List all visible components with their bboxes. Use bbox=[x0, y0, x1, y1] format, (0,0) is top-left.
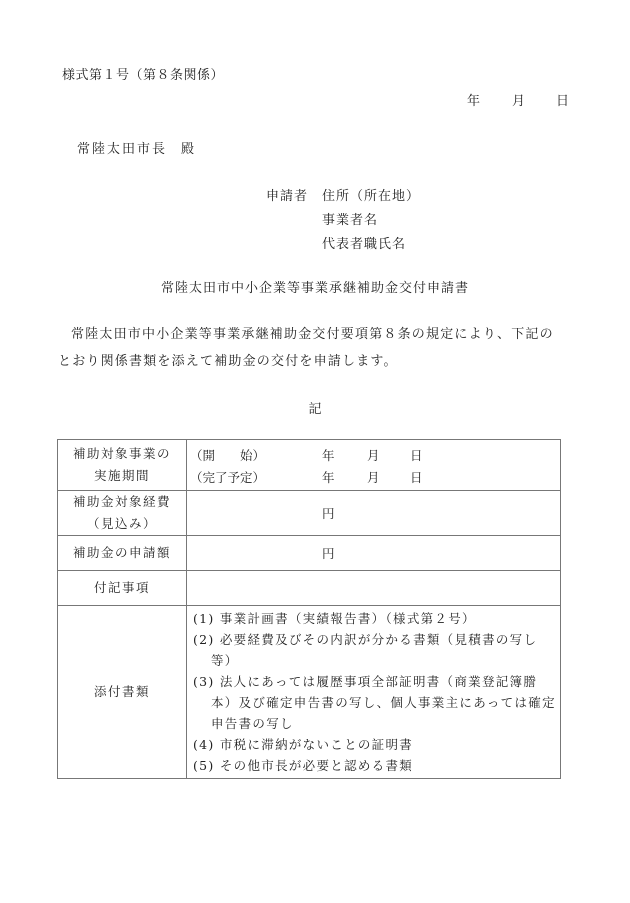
start-year: 年 bbox=[322, 446, 335, 464]
period-end: （完了予定） 年 月 日 bbox=[187, 465, 560, 487]
expense-unit: 円 bbox=[322, 504, 335, 522]
period-start: （開 始） 年 月 日 bbox=[187, 443, 560, 465]
request-label: 補助金の申請額 bbox=[58, 536, 187, 571]
attachments-value: (1) 事業計画書（実績報告書）（様式第２号） (2) 必要経費及びその内訳が分… bbox=[187, 606, 561, 779]
end-label: （完了予定） bbox=[190, 468, 265, 486]
notes-value[interactable] bbox=[187, 571, 561, 606]
period-label: 補助対象事業の 実施期間 bbox=[58, 440, 187, 491]
attachment-item: (1) 事業計画書（実績報告書）（様式第２号） bbox=[193, 608, 556, 629]
attachment-item: (5) その他市長が必要と認める書類 bbox=[193, 755, 556, 776]
attachment-item: (3) 法人にあっては履歴事項全部証明書（商業登記簿謄本）及び確定申告書の写し、… bbox=[193, 671, 556, 734]
period-label-line2: 実施期間 bbox=[58, 465, 186, 487]
applicant-business-name: 事業者名 bbox=[322, 209, 378, 228]
body-line-2: とおり関係書類を添えて補助金の交付を申請します。 bbox=[58, 348, 578, 375]
addressee-honorific: 殿 bbox=[181, 142, 196, 157]
end-month: 月 bbox=[367, 468, 380, 486]
start-label: （開 始） bbox=[190, 446, 265, 464]
date-month: 月 bbox=[512, 90, 525, 109]
ki-heading: 記 bbox=[0, 398, 630, 417]
attachments-list: (1) 事業計画書（実績報告書）（様式第２号） (2) 必要経費及びその内訳が分… bbox=[187, 606, 560, 778]
expense-label: 補助金対象経費 （見込み） bbox=[58, 491, 187, 536]
table-row-request: 補助金の申請額 円 bbox=[58, 536, 561, 571]
period-label-line1: 補助対象事業の bbox=[58, 443, 186, 465]
applicant-label: 申請者 bbox=[266, 185, 308, 204]
applicant-address: 住所（所在地） bbox=[322, 185, 420, 204]
end-day: 日 bbox=[410, 468, 423, 486]
end-year: 年 bbox=[322, 468, 335, 486]
request-value[interactable]: 円 bbox=[187, 536, 561, 571]
applicant-representative: 代表者職氏名 bbox=[322, 233, 406, 252]
date-year: 年 bbox=[467, 90, 480, 109]
document-title: 常陸太田市中小企業等事業承継補助金交付申請書 bbox=[0, 277, 630, 296]
start-day: 日 bbox=[410, 446, 423, 464]
table-row-attachments: 添付書類 (1) 事業計画書（実績報告書）（様式第２号） (2) 必要経費及びそ… bbox=[58, 606, 561, 779]
notes-label: 付記事項 bbox=[58, 571, 187, 606]
start-month: 月 bbox=[367, 446, 380, 464]
table-row-notes: 付記事項 bbox=[58, 571, 561, 606]
application-table: 補助対象事業の 実施期間 （開 始） 年 月 日 （完了予定） 年 月 日 補助… bbox=[57, 439, 561, 779]
request-unit: 円 bbox=[322, 544, 335, 562]
body-line-1: 常陸太田市中小企業等事業承継補助金交付要項第８条の規定により、下記の bbox=[58, 321, 578, 348]
date-day: 日 bbox=[556, 90, 569, 109]
addressee: 常陸太田市長殿 bbox=[77, 138, 196, 157]
expense-label-line2: （見込み） bbox=[58, 513, 186, 535]
attachments-label: 添付書類 bbox=[58, 606, 187, 779]
attachment-item: (2) 必要経費及びその内訳が分かる書類（見積書の写し等） bbox=[193, 629, 556, 671]
table-row-period: 補助対象事業の 実施期間 （開 始） 年 月 日 （完了予定） 年 月 日 bbox=[58, 440, 561, 491]
addressee-name: 常陸太田市長 bbox=[77, 142, 167, 157]
expense-label-line1: 補助金対象経費 bbox=[58, 491, 186, 513]
expense-value[interactable]: 円 bbox=[187, 491, 561, 536]
period-value[interactable]: （開 始） 年 月 日 （完了予定） 年 月 日 bbox=[187, 440, 561, 491]
table-row-expense: 補助金対象経費 （見込み） 円 bbox=[58, 491, 561, 536]
form-id: 様式第１号（第８条関係） bbox=[62, 64, 224, 83]
attachment-item: (4) 市税に滞納がないことの証明書 bbox=[193, 734, 556, 755]
body-paragraph: 常陸太田市中小企業等事業承継補助金交付要項第８条の規定により、下記の とおり関係… bbox=[58, 321, 578, 375]
